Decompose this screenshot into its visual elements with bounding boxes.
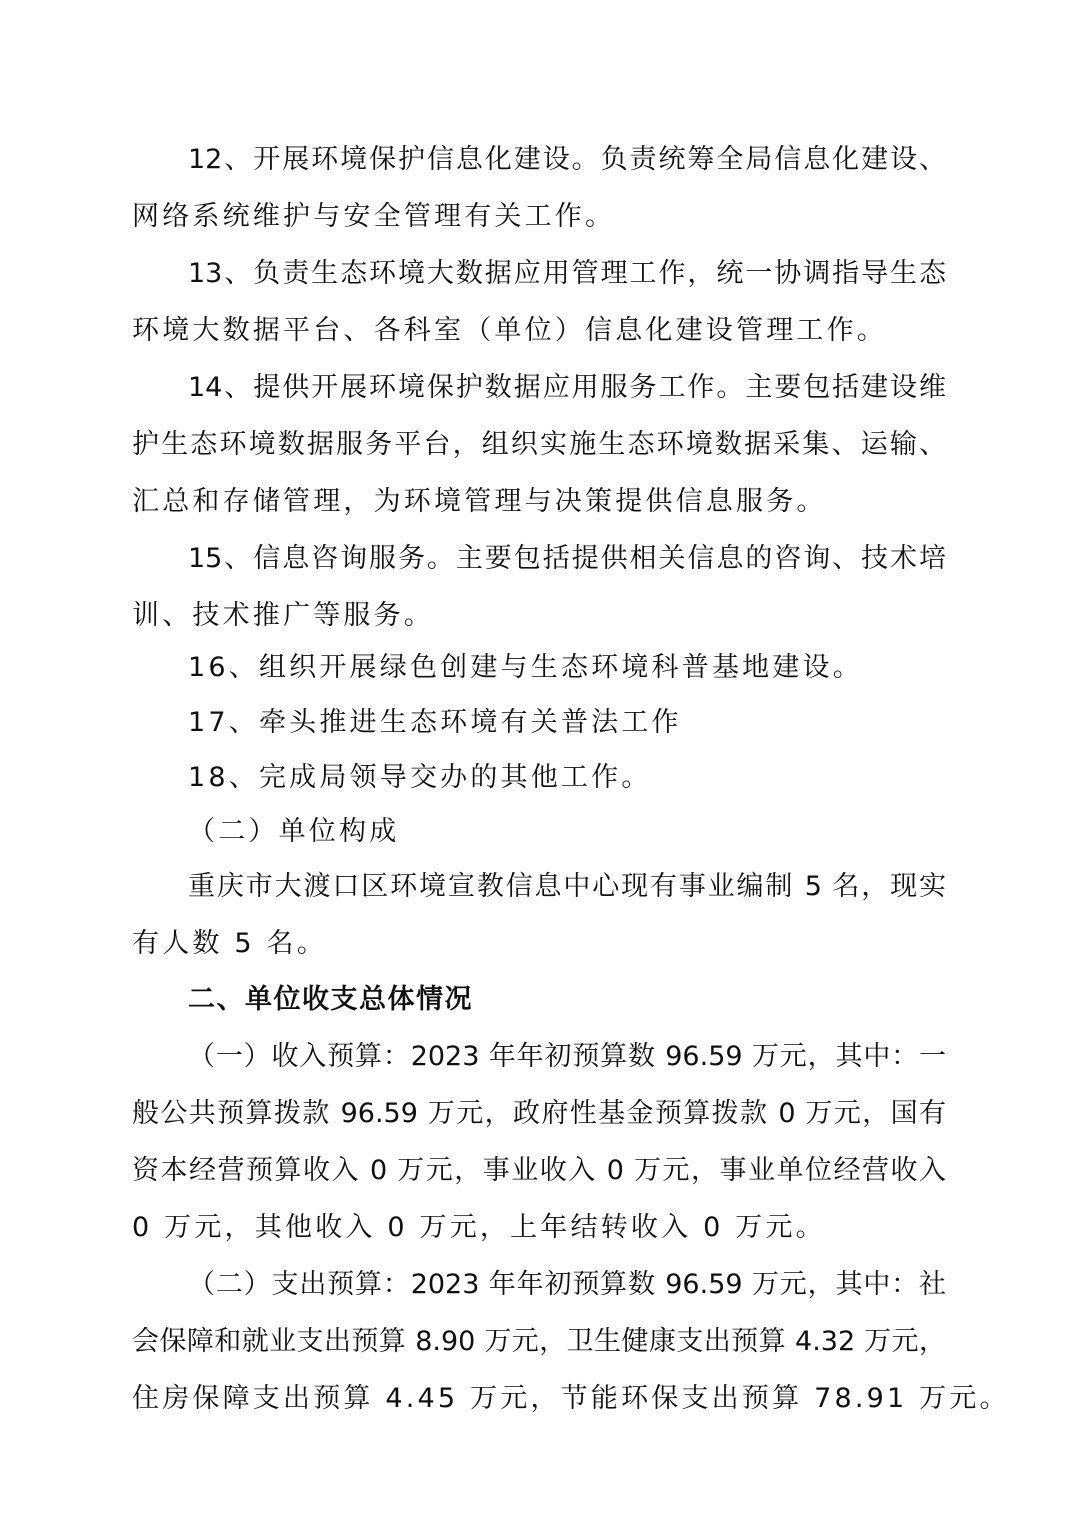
paragraph-12-line-1: 12、开展环境保护信息化建设。负责统筹全局信息化建设、	[188, 140, 946, 180]
paragraph-14-line-2: 护生态环境数据服务平台，组织实施生态环境数据采集、运输、	[132, 425, 946, 465]
expenditure-budget-line-3: 住房保障支出预算 4.45 万元，节能环保支出预算 78.91 万元。	[132, 1379, 1010, 1419]
staffing-line-2: 有人数 5 名。	[132, 924, 327, 964]
paragraph-15-line-2: 训、技术推广等服务。	[132, 596, 434, 636]
paragraph-17: 17、牵头推进生态环境有关普法工作	[188, 703, 682, 743]
paragraph-12-line-2: 网络系统维护与安全管理有关工作。	[132, 197, 615, 237]
subheading-unit-composition: （二）单位构成	[188, 812, 399, 852]
section-heading-budget-overview: 二、单位收支总体情况	[188, 980, 473, 1020]
income-budget-line-3: 资本经营预算收入 0 万元，事业收入 0 万元，事业单位经营收入	[132, 1151, 946, 1191]
paragraph-18: 18、完成局领导交办的其他工作。	[188, 758, 652, 798]
paragraph-13-line-1: 13、负责生态环境大数据应用管理工作，统一协调指导生态	[188, 254, 946, 294]
income-budget-line-2: 般公共预算拨款 96.59 万元，政府性基金预算拨款 0 万元，国有	[132, 1094, 946, 1134]
expenditure-budget-line-1: （二）支出预算：2023 年年初预算数 96.59 万元，其中：社	[188, 1265, 946, 1305]
expenditure-budget-line-2: 会保障和就业支出预算 8.90 万元，卫生健康支出预算 4.32 万元，	[132, 1322, 946, 1362]
income-budget-line-4: 0 万元，其他收入 0 万元，上年结转收入 0 万元。	[132, 1208, 826, 1248]
paragraph-16: 16、组织开展绿色创建与生态环境科普基地建设。	[188, 648, 863, 688]
paragraph-14-line-1: 14、提供开展环境保护数据应用服务工作。主要包括建设维	[188, 368, 946, 408]
paragraph-13-line-2: 环境大数据平台、各科室（单位）信息化建设管理工作。	[132, 311, 887, 351]
staffing-line-1: 重庆市大渡口区环境宣教信息中心现有事业编制 5 名，现实	[188, 867, 946, 907]
income-budget-line-1: （一）收入预算：2023 年年初预算数 96.59 万元，其中：一	[188, 1037, 946, 1077]
paragraph-14-line-3: 汇总和存储管理，为环境管理与决策提供信息服务。	[132, 482, 827, 522]
paragraph-15-line-1: 15、信息咨询服务。主要包括提供相关信息的咨询、技术培	[188, 539, 946, 579]
